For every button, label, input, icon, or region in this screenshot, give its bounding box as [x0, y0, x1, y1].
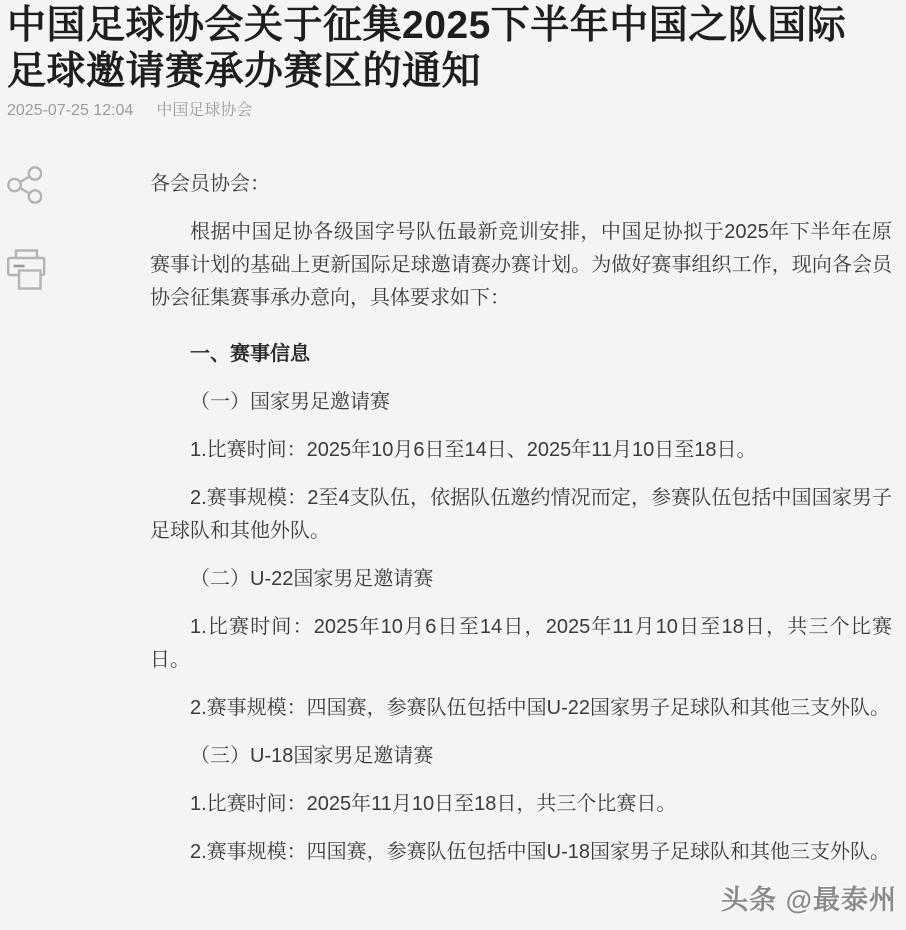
subsection-1-scale: 2.赛事规模：2至4支队伍，依据队伍邀约情况而定，参赛队伍包括中国国家男子足球队… — [150, 482, 892, 548]
side-toolbar — [6, 166, 46, 292]
paragraph-intro: 根据中国足协各级国字号队伍最新竞训安排，中国足协拟于2025年下半年在原赛事计划… — [150, 216, 892, 315]
publish-datetime: 2025-07-25 12:04 — [7, 102, 133, 119]
subsection-3-time: 1.比赛时间：2025年11月10日至18日，共三个比赛日。 — [150, 788, 892, 821]
section-heading-1: 一、赛事信息 — [150, 338, 892, 371]
subsection-1-time: 1.比赛时间：2025年10月6日至14日、2025年11月10日至18日。 — [150, 434, 892, 467]
subsection-2-title: （二）U-22国家男足邀请赛 — [150, 563, 892, 596]
article-meta: 2025-07-25 12:04中国足球协会 — [0, 95, 906, 121]
paragraph-salutation: 各会员协会： — [150, 168, 892, 201]
subsection-3-scale: 2.赛事规模：四国赛，参赛队伍包括中国U-18国家男子足球队和其他三支外队。 — [150, 836, 892, 869]
share-button[interactable] — [6, 166, 42, 204]
subsection-2-time: 1.比赛时间：2025年10月6日至14日，2025年11月10日至18日，共三… — [150, 611, 892, 677]
subsection-1-title: （一）国家男足邀请赛 — [150, 386, 892, 419]
toutiao-watermark: 头条 @最泰州 — [721, 878, 897, 917]
subsection-3-title: （三）U-18国家男足邀请赛 — [150, 740, 892, 773]
subsection-2-scale: 2.赛事规模：四国赛，参赛队伍包括中国U-22国家男子足球队和其他三支外队。 — [150, 692, 892, 725]
article-body: 各会员协会： 根据中国足协各级国字号队伍最新竞训安排，中国足协拟于2025年下半… — [150, 168, 892, 884]
print-button[interactable] — [6, 248, 46, 292]
source-link[interactable]: 中国足球协会 — [156, 102, 252, 119]
article-title: 中国足球协会关于征集2025下半年中国之队国际足球邀请赛承办赛区的通知 — [0, 0, 891, 95]
share-icon — [6, 166, 42, 204]
printer-icon — [6, 248, 46, 292]
